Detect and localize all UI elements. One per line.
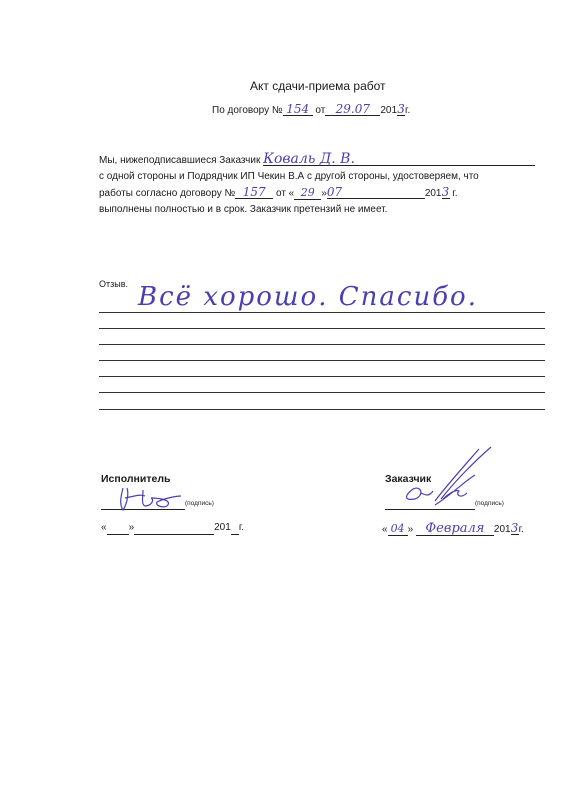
- year-digit-handwritten: 3: [397, 103, 405, 116]
- review-line: [99, 328, 545, 329]
- customer-day-handwritten: 04: [388, 523, 408, 536]
- customer-year-prefix: 201: [494, 524, 511, 535]
- contract-prefix: По договору №: [212, 105, 283, 116]
- contractor-day-field: [107, 522, 129, 535]
- contract-number-2-handwritten: 157: [235, 186, 273, 199]
- contractor-signature-icon: [115, 484, 185, 514]
- contractor-year-suffix: г.: [239, 522, 244, 533]
- review-line: [99, 312, 545, 313]
- contract-date-handwritten: 29.07: [325, 103, 380, 116]
- review-line: [99, 360, 545, 361]
- review-line: [99, 409, 545, 410]
- body-line-2: с одной стороны и Подрядчик ИП Чекин В.А…: [99, 171, 479, 182]
- body-line-1-prefix: Мы, нижеподписавшиеся Заказчик: [99, 155, 260, 166]
- customer-month-handwritten: Февраля: [416, 523, 494, 536]
- body-line-3-from: от «: [276, 188, 294, 199]
- contract-from-label: от: [315, 105, 325, 116]
- review-label: Отзыв.: [99, 279, 128, 289]
- customer-name-handwritten: Коваль Д. В.: [263, 153, 535, 166]
- review-line: [99, 344, 545, 345]
- document-title: Акт сдачи-приема работ: [250, 79, 386, 93]
- contract-line: По договору №154 от29.072013г.: [212, 103, 410, 116]
- year-suffix: г.: [405, 105, 410, 116]
- month-handwritten: 07: [327, 186, 425, 199]
- body-line-3-prefix: работы согласно договору №: [99, 188, 235, 199]
- year-suffix-2: г.: [452, 188, 457, 199]
- contractor-date-line: « » 201 г.: [101, 522, 244, 535]
- review-line: [99, 392, 545, 393]
- contractor-signature-hint: (подпись): [185, 500, 214, 507]
- customer-date-line: «04» Февраля2013г.: [382, 522, 524, 536]
- customer-date-close: »: [408, 524, 414, 535]
- body-line-4: выполнены полностью и в срок. Заказчик п…: [99, 204, 387, 215]
- body-line-1: Мы, нижеподписавшиеся Заказчик Коваль Д.…: [99, 153, 535, 166]
- customer-year-suffix: г.: [519, 524, 524, 535]
- year-prefix: 201: [380, 105, 397, 116]
- review-line: [99, 376, 545, 377]
- body-line-3: работы согласно договору №157 от «29»072…: [99, 186, 458, 200]
- customer-year-digit-handwritten: 3: [511, 522, 519, 535]
- contractor-year-digit-field: [231, 522, 239, 535]
- contract-number-handwritten: 154: [283, 103, 313, 116]
- contractor-month-field: [134, 522, 214, 535]
- year-prefix-2: 201: [425, 188, 442, 199]
- review-text-handwritten: Всё хорошо. Спасибо.: [138, 282, 478, 312]
- contractor-year-prefix: 201: [214, 522, 231, 533]
- year-digit-2-handwritten: 3: [442, 186, 450, 199]
- day-handwritten: 29: [294, 187, 321, 200]
